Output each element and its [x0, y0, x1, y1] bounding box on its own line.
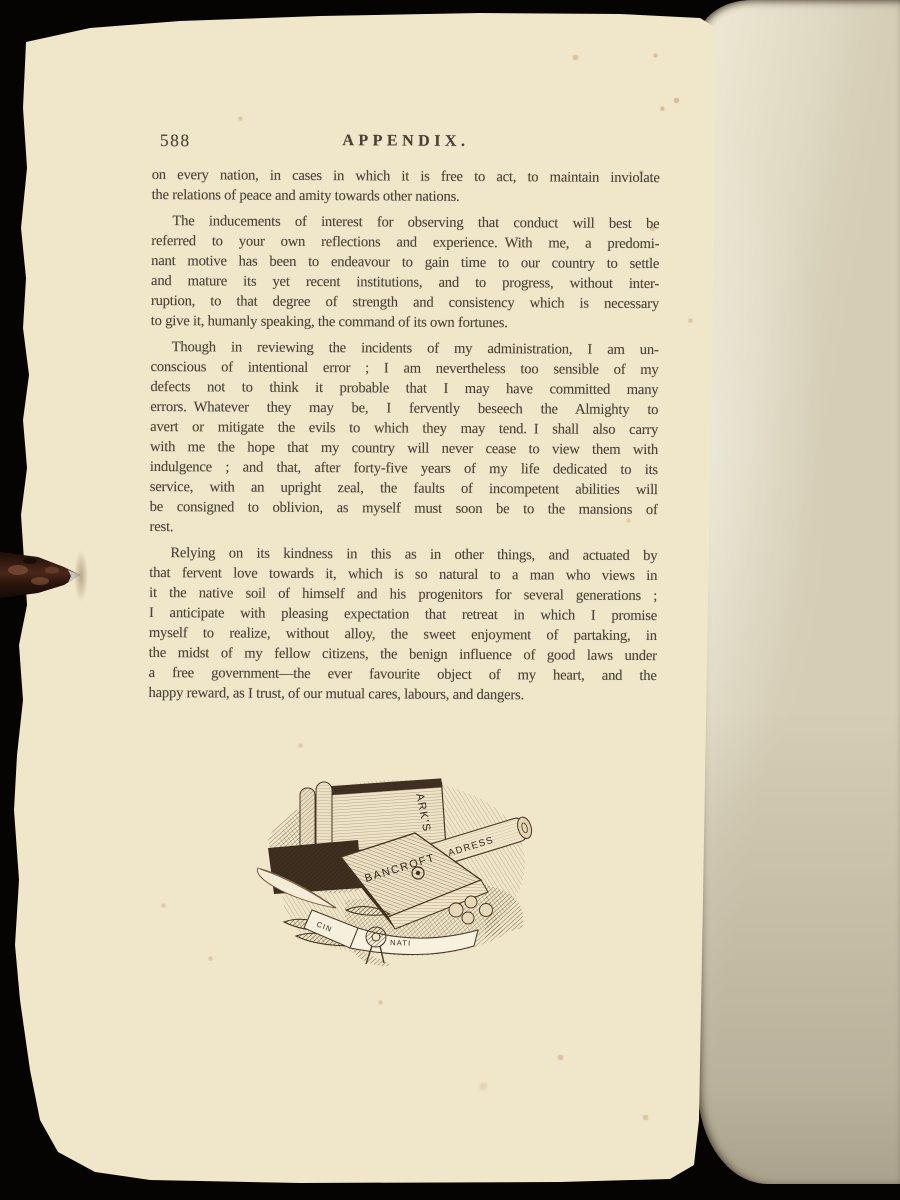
page-body: on every nation, in cases in which it is… [148, 165, 659, 706]
page-header: APPENDIX. [152, 131, 660, 152]
paragraph: on every nation, in cases in which it is… [152, 165, 660, 208]
book-photo: 588 APPENDIX. on every nation, in cases … [0, 0, 900, 1200]
text-line: to give it, humanly speaking, the comman… [151, 311, 659, 334]
text-line: the relations of peace and amity towards… [152, 185, 660, 208]
vignette-engraving: ARK'S WELL ADRESS [250, 770, 550, 970]
running-header: 588 APPENDIX. [152, 130, 660, 157]
paragraph: Though in reviewing the incidents of my … [150, 337, 659, 540]
foxing-spots [0, 0, 1, 1]
paragraph: Relying on its kindness in this as in ot… [148, 543, 657, 706]
facing-page [698, 0, 900, 1184]
ribbon-label-right: NATI [390, 938, 412, 948]
paragraph: The inducements of interest for observin… [151, 211, 660, 334]
page-content: 588 APPENDIX. on every nation, in cases … [148, 130, 660, 712]
text-line: rest. [150, 517, 658, 540]
clip-crease-shadow [74, 550, 88, 602]
text-line: happy reward, as I trust, of our mutual … [148, 683, 656, 706]
text-line: be consigned to oblivion, as myself must… [150, 497, 658, 520]
